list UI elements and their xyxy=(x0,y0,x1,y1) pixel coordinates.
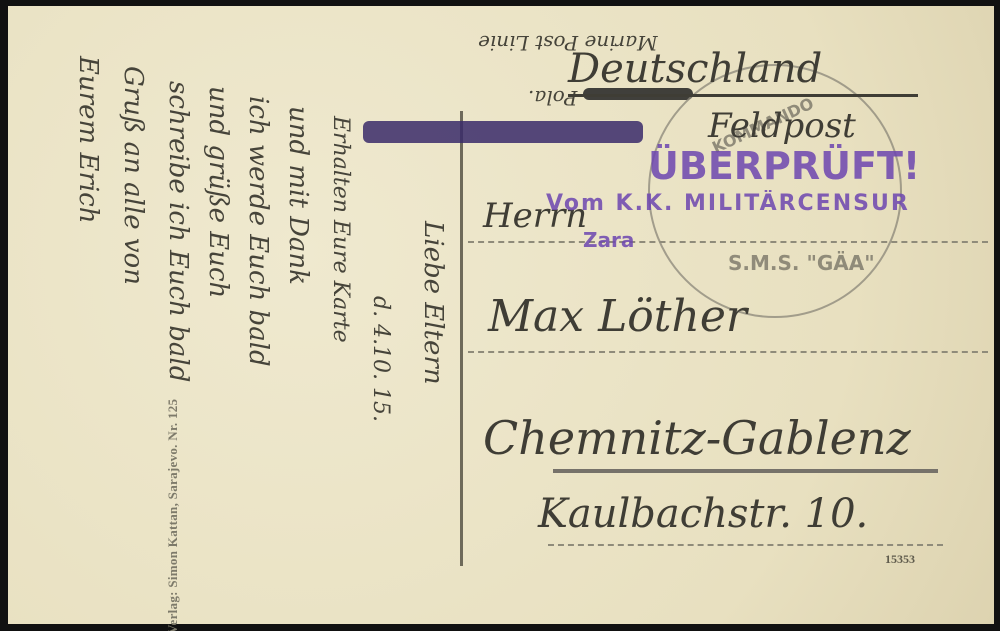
message-line: Gruß an alle von xyxy=(118,66,148,285)
crossed-out-text xyxy=(363,121,643,143)
address-street: Kaulbachstr. 10. xyxy=(538,491,868,537)
message-line: Erhalten Eure Karte xyxy=(328,116,353,343)
address-name: Max Löther xyxy=(488,291,747,342)
postcard: Verlag: Simon Kattan, Sarajevo. Nr. 125 … xyxy=(8,6,994,624)
message-line: schreibe ich Euch bald xyxy=(163,81,193,382)
address-city: Chemnitz-Gablenz xyxy=(483,411,911,465)
message-line: und mit Dank xyxy=(283,106,313,285)
message-line: Liebe Eltern xyxy=(418,221,448,385)
message-line: Eurem Erich xyxy=(73,56,103,224)
censor-stamp-line2: Vom K.K. MILITÄRCENSUR xyxy=(546,191,910,216)
message-line: und grüße Euch xyxy=(203,86,233,298)
address-line-1 xyxy=(468,241,988,243)
message-line: d. 4.10. 15. xyxy=(368,296,393,422)
serial-number: 15353 xyxy=(885,552,915,567)
censor-stamp-line3: Zara xyxy=(583,228,634,252)
censor-stamp-line1: ÜBERPRÜFT! xyxy=(648,144,920,188)
city-underline xyxy=(553,469,938,473)
address-divider-line xyxy=(460,111,463,566)
postmark-middle-text: S.M.S. "GÄA" xyxy=(728,251,875,275)
address-line-3 xyxy=(548,544,943,546)
address-service: Feldpost xyxy=(708,106,856,146)
message-line: ich werde Euch bald xyxy=(243,96,273,367)
address-line-2 xyxy=(468,351,988,353)
address-country: Deutschland xyxy=(568,46,822,92)
country-underline xyxy=(568,94,918,97)
